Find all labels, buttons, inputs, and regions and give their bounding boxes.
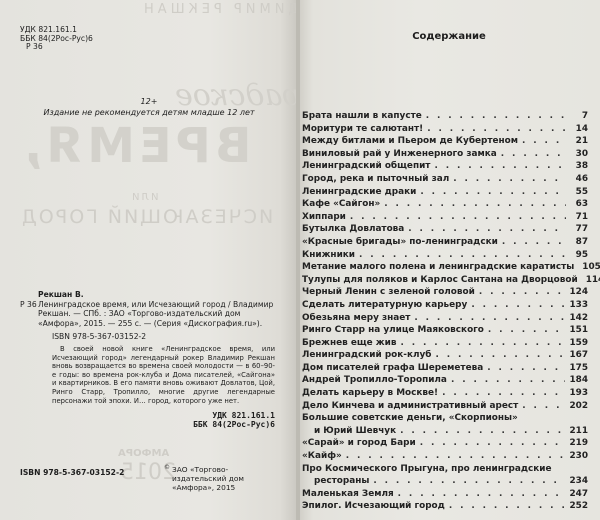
toc-page-number: 63: [570, 198, 588, 211]
record-codes: УДК 821.161.1 ББК 84(2Рос-Рус)6: [20, 411, 275, 429]
left-page-imprint: ВЛАДИМИР РЕКШАН Ленинградское ВРЕМЯ, ИЛИ…: [0, 0, 298, 520]
toc-entry-title: Кафе «Сайгон»: [302, 198, 380, 211]
toc-page-number: 230: [569, 450, 588, 463]
toc-leader-dots: [522, 400, 565, 413]
author-mark: Р 36: [20, 43, 93, 52]
toc-leader-dots: [426, 110, 566, 123]
toc-leader-dots: [420, 437, 566, 450]
toc-entry-title: Обезьяна меру знает: [302, 312, 410, 325]
toc-entry: Хиппари71: [302, 211, 588, 224]
toc-entry: Брата нашли в капусте7: [302, 110, 588, 123]
toc-page-number: 219: [569, 437, 588, 450]
toc-entry: Про Космического Прыгуна, про ленинградс…: [302, 463, 588, 488]
toc-page-number: 211: [569, 425, 588, 438]
ghost-ili: ИЛИ: [130, 192, 158, 203]
classification-codes: УДК 821.161.1 ББК 84(2Рос-Рус)6 Р 36: [20, 26, 93, 52]
toc-leader-dots: [436, 349, 566, 362]
toc-entry: «Сарай» и город Бари219: [302, 437, 588, 450]
toc-entry-title: Книжники: [302, 249, 355, 262]
toc-entry: Кафе «Сайгон»63: [302, 198, 588, 211]
toc-page-number: 77: [570, 223, 588, 236]
toc-entry-title: «Сарай» и город Бари: [302, 437, 416, 450]
toc-entry: Виниловый рай у Инженерного замка30: [302, 148, 588, 161]
isbn-bottom: ISBN 978-5-367-03152-2: [20, 468, 124, 477]
toc-page-number: 167: [569, 349, 588, 362]
toc-entry: Ленинградские драки55: [302, 186, 588, 199]
copyright-symbol: ©: [164, 463, 170, 472]
toc-entry-title: Черный Ленин с зеленой головой: [302, 286, 475, 299]
toc-entry: Город, река и пыточный зал46: [302, 173, 588, 186]
toc-entry-title: Дом писателей графа Шереметева: [302, 362, 483, 375]
toc-page-number: 21: [570, 135, 588, 148]
ghost-author: ВЛАДИМИР РЕКШАН: [140, 2, 298, 17]
toc-page-number: 252: [569, 500, 588, 513]
toc-entry: «Красные бригады» по-ленинградски87: [302, 236, 588, 249]
toc-leader-dots: [408, 223, 566, 236]
toc-leader-dots: [442, 387, 565, 400]
ghost-publisher: АМФОРА: [118, 448, 169, 459]
record-code: Р 36: [20, 300, 38, 329]
toc-page-number: 7: [570, 110, 588, 123]
toc-leader-dots: [414, 312, 565, 325]
toc-entry: Книжники95: [302, 249, 588, 262]
toc-entry: Большие советские деньги, «Скорпионы»и Ю…: [302, 412, 588, 437]
toc-entry: Сделать литературную карьеру133: [302, 299, 588, 312]
toc-page-number: 114: [586, 274, 600, 287]
toc-leader-dots: [451, 374, 566, 387]
toc-entry-title: Бутылка Довлатова: [302, 223, 404, 236]
toc-entry-title: Андрей Тропилло-Торопила: [302, 374, 447, 387]
table-of-contents: Брата нашли в капусте7Моритури те салюта…: [302, 110, 588, 513]
toc-leader-dots: [471, 299, 565, 312]
toc-entry-title: Между битлами и Пьером де Кубертеном: [302, 135, 518, 148]
toc-leader-dots: [449, 500, 566, 513]
ghost-main-title: ВРЕМЯ,: [20, 118, 252, 174]
record-description: Ленинградское время, или Исчезающий горо…: [38, 300, 275, 329]
toc-entry: Метание малого полена и ленинградские ка…: [302, 261, 588, 274]
ghost-subtitle: ИСЧЕЗАЮЩИЙ ГОРОД: [20, 206, 273, 228]
toc-leader-dots: [400, 425, 565, 438]
toc-entry-title: Хиппари: [302, 211, 346, 224]
toc-page-number: 95: [570, 249, 588, 262]
toc-entry-title: Сделать литературную карьеру: [302, 299, 467, 312]
toc-page-number: 133: [569, 299, 588, 312]
toc-entry-title: Метание малого полена и ленинградские ка…: [302, 261, 574, 274]
toc-page-number: 175: [569, 362, 588, 375]
toc-page-number: 184: [569, 374, 588, 387]
toc-entry: Ринго Старр на улице Маяковского151: [302, 324, 588, 337]
toc-entry-title: Про Космического Прыгуна, про ленинградс…: [302, 463, 588, 476]
toc-entry: Дом писателей графа Шереметева175: [302, 362, 588, 375]
toc-entry: Между битлами и Пьером де Кубертеном21: [302, 135, 588, 148]
toc-leader-dots: [488, 324, 566, 337]
toc-entry: Делать карьеру в Москве!193: [302, 387, 588, 400]
toc-page-number: 30: [570, 148, 588, 161]
toc-page-number: 38: [570, 160, 588, 173]
toc-entry: Бутылка Довлатова77: [302, 223, 588, 236]
toc-page-number: 159: [569, 337, 588, 350]
book-spread: ВЛАДИМИР РЕКШАН Ленинградское ВРЕМЯ, ИЛИ…: [0, 0, 600, 520]
toc-leader-dots: [350, 211, 566, 224]
toc-entry: Эпилог. Исчезающий город252: [302, 500, 588, 513]
toc-page-number: 46: [570, 173, 588, 186]
toc-entry-title: Ленинградский рок-клуб: [302, 349, 432, 362]
toc-leader-dots: [502, 236, 566, 249]
toc-page-number: 14: [570, 123, 588, 136]
toc-leader-dots: [487, 362, 565, 375]
toc-page-number: 71: [570, 211, 588, 224]
age-rating: 12+: [0, 97, 298, 106]
toc-leader-dots: [359, 249, 566, 262]
toc-entry: Черный Ленин с зеленой головой124: [302, 286, 588, 299]
record-author: Рекшан В.: [20, 290, 275, 300]
toc-leader-dots: [420, 186, 566, 199]
toc-leader-dots: [384, 198, 566, 211]
toc-entry-title: Дело Кинчева и административный арест: [302, 400, 518, 413]
toc-leader-dots: [373, 475, 565, 488]
toc-entry: Моритури те салютант!14: [302, 123, 588, 136]
toc-leader-dots: [479, 286, 566, 299]
toc-page-number: 55: [570, 186, 588, 199]
record-isbn: ISBN 978-5-367-03152-2: [20, 332, 275, 342]
toc-page-number: 193: [569, 387, 588, 400]
toc-leader-dots: [501, 148, 566, 161]
toc-entry: Тулупы для поляков и Карлос Сантана на Д…: [302, 274, 588, 287]
toc-page-number: 87: [570, 236, 588, 249]
toc-entry-title: Эпилог. Исчезающий город: [302, 500, 445, 513]
toc-entry: Маленькая Земля247: [302, 488, 588, 501]
toc-entry-title: Брата нашли в капусте: [302, 110, 422, 123]
toc-entry-title: Большие советские деньги, «Скорпионы»: [302, 412, 588, 425]
toc-leader-dots: [453, 173, 566, 186]
toc-entry-title: «Кайф»: [302, 450, 342, 463]
toc-leader-dots: [400, 337, 565, 350]
toc-entry-title-continued: и Юрий Шевчук: [302, 425, 396, 438]
record-annotation: В своей новой книге «Ленинградское время…: [20, 345, 275, 405]
toc-page-number: 105: [582, 261, 600, 274]
toc-entry-title: Виниловый рай у Инженерного замка: [302, 148, 497, 161]
book-gutter: [296, 0, 300, 520]
toc-leader-dots: [346, 450, 566, 463]
toc-heading: Содержание: [298, 31, 600, 42]
toc-leader-dots: [522, 135, 566, 148]
toc-entry-title: Город, река и пыточный зал: [302, 173, 449, 186]
toc-page-number: 124: [569, 286, 588, 299]
toc-entry-title: Ленинградские драки: [302, 186, 416, 199]
record-udk: УДК 821.161.1: [20, 411, 275, 420]
toc-entry-title: Делать карьеру в Москве!: [302, 387, 438, 400]
toc-entry-title: Тулупы для поляков и Карлос Сантана на Д…: [302, 274, 578, 287]
toc-entry-title-continued: рестораны: [302, 475, 369, 488]
toc-entry: Дело Кинчева и административный арест202: [302, 400, 588, 413]
toc-page-number: 202: [569, 400, 588, 413]
toc-page-number: 142: [569, 312, 588, 325]
toc-entry: Ленинградский общепит38: [302, 160, 588, 173]
toc-page-number: 247: [569, 488, 588, 501]
toc-entry: Обезьяна меру знает142: [302, 312, 588, 325]
record-bbk: ББК 84(2Рос-Рус)6: [20, 420, 275, 429]
toc-entry-title: Ленинградский общепит: [302, 160, 430, 173]
toc-entry: «Кайф»230: [302, 450, 588, 463]
toc-entry: Брежнев еще жив159: [302, 337, 588, 350]
age-warning: Издание не рекомендуется детям младше 12…: [0, 108, 298, 117]
toc-entry-title: Маленькая Земля: [302, 488, 394, 501]
toc-leader-dots: [434, 160, 566, 173]
toc-leader-dots: [398, 488, 566, 501]
toc-entry: Ленинградский рок-клуб167: [302, 349, 588, 362]
right-page-contents: Содержание Брата нашли в капусте7Моритур…: [298, 0, 600, 520]
toc-entry-title: Моритури те салютант!: [302, 123, 423, 136]
toc-page-number: 151: [569, 324, 588, 337]
toc-leader-dots: [427, 123, 566, 136]
toc-entry-title: Брежнев еще жив: [302, 337, 396, 350]
copyright-notice: © ЗАО «Торгово-издательский дом «Амфора»…: [172, 465, 282, 492]
toc-entry-title: Ринго Старр на улице Маяковского: [302, 324, 484, 337]
toc-entry: Андрей Тропилло-Торопила184: [302, 374, 588, 387]
toc-page-number: 234: [569, 475, 588, 488]
toc-entry-title: «Красные бригады» по-ленинградски: [302, 236, 498, 249]
bibliographic-record: Рекшан В. Р 36 Ленинградское время, или …: [20, 290, 275, 429]
copyright-text: ЗАО «Торгово-издательский дом «Амфора», …: [172, 465, 244, 492]
